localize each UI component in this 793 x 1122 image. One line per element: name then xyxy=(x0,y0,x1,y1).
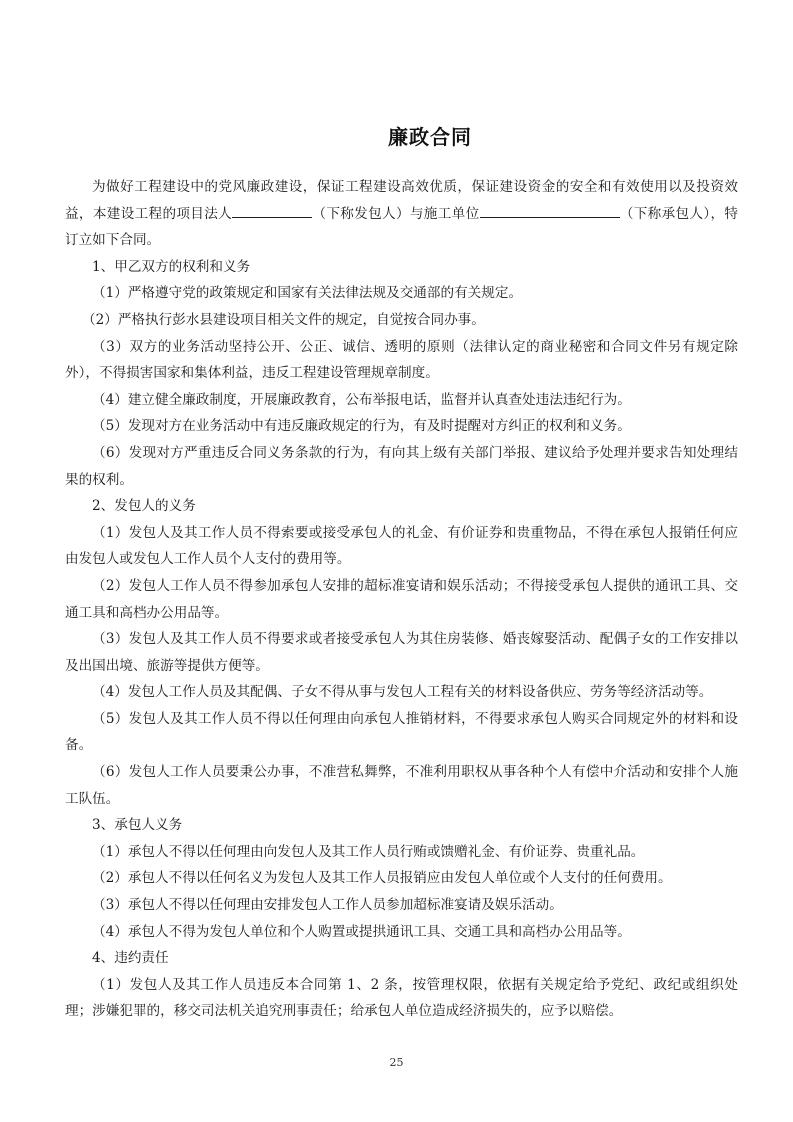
intro-text-2: （下称发包人）与施工单位 xyxy=(312,206,479,222)
section-heading-2: 2、发包人的义务 xyxy=(65,493,738,520)
section-2-item-2: （2）发包人工作人员不得参加承包人安排的超标准宴请和娱乐活动；不得接受承包人提供… xyxy=(65,573,738,626)
section-3-item-1: （1）承包人不得以任何理由向发包人及其工作人员行贿或馈赠礼金、有价证券、贵重礼品… xyxy=(65,839,738,866)
section-4-item-1: （1）发包人及其工作人员违反本合同第 1、2 条，按管理权限，依据有关规定给予党… xyxy=(65,972,738,1025)
project-owner-blank[interactable] xyxy=(232,202,312,218)
section-2-item-3: （3）发包人及其工作人员不得要求或者接受承包人为其住房装修、婚丧嫁娶活动、配偶子… xyxy=(65,626,738,679)
intro-paragraph: 为做好工程建设中的党风廉政建设，保证工程建设高效优质，保证建设资金的安全和有效使… xyxy=(65,174,738,254)
section-1-item-3: （3）双方的业务活动坚持公开、公正、诚信、透明的原则（法律认定的商业秘密和合同文… xyxy=(65,334,738,387)
document-body: 为做好工程建设中的党风廉政建设，保证工程建设高效优质，保证建设资金的安全和有效使… xyxy=(65,174,738,1025)
section-1-item-4: （4）建立健全廉政制度，开展廉政教育，公布举报电话，监督并认真查处违法违纪行为。 xyxy=(65,387,738,414)
section-2-item-4: （4）发包人工作人员及其配偶、子女不得从事与发包人工程有关的材料设备供应、劳务等… xyxy=(65,679,738,706)
section-heading-1: 1、甲乙双方的权利和义务 xyxy=(65,254,738,281)
document-title: 廉政合同 xyxy=(0,121,793,150)
section-3-item-3: （3）承包人不得以任何理由安排发包人工作人员参加超标准宴请及娱乐活动。 xyxy=(65,892,738,919)
section-1-item-1: （1）严格遵守党的政策规定和国家有关法律法规及交通部的有关规定。 xyxy=(65,280,738,307)
section-heading-4: 4、违约责任 xyxy=(65,945,738,972)
section-2-item-1: （1）发包人及其工作人员不得索要或接受承包人的礼金、有价证券和贵重物品，不得在承… xyxy=(65,520,738,573)
section-heading-3: 3、承包人义务 xyxy=(65,812,738,839)
section-2-item-6: （6）发包人工作人员要秉公办事，不准营私舞弊，不准利用职权从事各种个人有偿中介活… xyxy=(65,759,738,812)
document-page: 廉政合同 为做好工程建设中的党风廉政建设，保证工程建设高效优质，保证建设资金的安… xyxy=(0,0,793,1122)
page-number: 25 xyxy=(0,1056,793,1069)
section-1-item-5: （5）发现对方在业务活动中有违反廉政规定的行为，有及时提醒对方纠正的权利和义务。 xyxy=(65,413,738,440)
section-3-item-4: （4）承包人不得为发包人单位和个人购置或提拱通讯工具、交通工具和高档办公用品等。 xyxy=(65,919,738,946)
section-2-item-5: （5）发包人及其工作人员不得以任何理由向承包人推销材料，不得要求承包人购买合同规… xyxy=(65,706,738,759)
section-1-item-6: （6）发现对方严重违反合同义务条款的行为，有向其上级有关部门举报、建议给予处理并… xyxy=(65,440,738,493)
section-1-item-2: （2）严格执行彭水县建设项目相关文件的规定，自觉按合同办事。 xyxy=(65,307,738,334)
contractor-blank[interactable] xyxy=(480,202,620,218)
section-3-item-2: （2）承包人不得以任何名义为发包人及其工作人员报销应由发包人单位或个人支付的任何… xyxy=(65,865,738,892)
